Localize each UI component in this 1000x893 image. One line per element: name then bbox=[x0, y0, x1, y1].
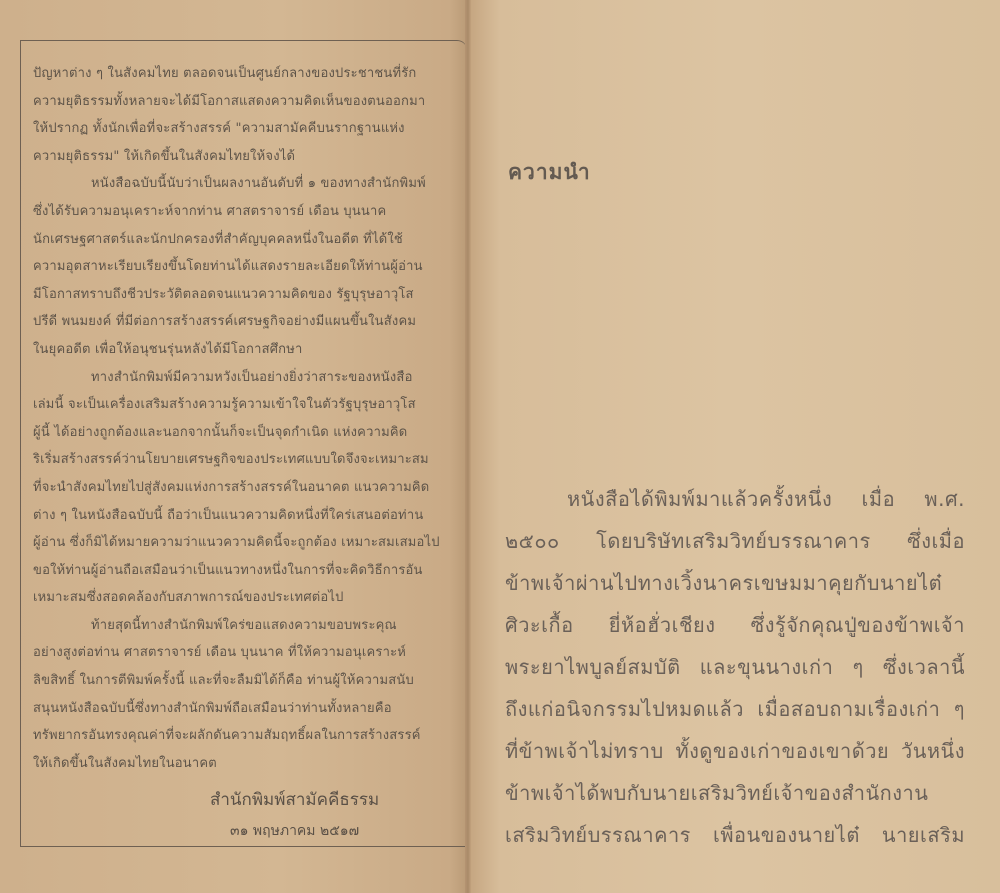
signature-date: ๓๑ พฤษภาคม ๒๕๑๗ bbox=[230, 820, 359, 842]
text-line: ศิวะเกื้อ ยี่ห้อฮั่วเชียง ซึ่งรู้จักคุณป… bbox=[505, 604, 965, 646]
paragraph-start-line: หนังสือได้พิมพ์มาแล้วครั้งหนึ่ง เมื่อ พ.… bbox=[505, 478, 965, 520]
text-line: ขอให้ท่านผู้อ่านถือเสมือนว่าเป็นแนวทางหน… bbox=[33, 557, 458, 585]
chapter-title: ความนำ bbox=[508, 156, 591, 189]
text-line: มีโอกาสทราบถึงชีวประวัติตลอดจนแนวความคิด… bbox=[33, 281, 458, 309]
text-line: ผู้นี้ ได้อย่างถูกต้องและนอกจากนั้นก็จะเ… bbox=[33, 419, 458, 447]
text-line: พระยาไพบูลย์สมบัติ และขุนนางเก่า ๆ ซึ่งเ… bbox=[505, 646, 965, 688]
publisher-signature: สำนักพิมพ์สามัคคีธรรม bbox=[210, 786, 379, 813]
text-line: ปัญหาต่าง ๆ ในสังคมไทย ตลอดจนเป็นศูนย์กล… bbox=[33, 60, 458, 88]
text-line: ให้เกิดขึ้นในสังคมไทยในอนาคต bbox=[33, 750, 458, 778]
open-book-spread: ปัญหาต่าง ๆ ในสังคมไทย ตลอดจนเป็นศูนย์กล… bbox=[0, 0, 1000, 893]
text-line: ลิขสิทธิ์ ในการตีพิมพ์ครั้งนี้ และที่จะล… bbox=[33, 667, 458, 695]
text-line: ที่จะนำสังคมไทยไปสู่สังคมแห่งการสร้างสรร… bbox=[33, 474, 458, 502]
text-line: ผู้อ่าน ซึ่งก็มิได้หมายความว่าแนวความคิด… bbox=[33, 529, 458, 557]
text-line: ซึ่งได้รับความอนุเคราะห์จากท่าน ศาสตราจา… bbox=[33, 198, 458, 226]
text-line: ริเริ่มสร้างสรรค์ว่านโยบายเศรษฐกิจของประ… bbox=[33, 446, 458, 474]
text-line: ที่ข้าพเจ้าไม่ทราบ ทั้งดูของเก่าของเขาด้… bbox=[505, 730, 965, 772]
text-line: ให้ปรากฏ ทั้งนักเพื่อที่จะสร้างสรรค์ "คว… bbox=[33, 115, 458, 143]
paragraph-start-line: หนังสือฉบับนี้นับว่าเป็นผลงานอันดับที่ ๑… bbox=[33, 170, 458, 198]
preface-body: ปัญหาต่าง ๆ ในสังคมไทย ตลอดจนเป็นศูนย์กล… bbox=[33, 60, 458, 777]
text-line: ข้าพเจ้าผ่านไปทางเวิ้งนาครเขษมมาคุยกับนา… bbox=[505, 562, 965, 604]
paragraph-start-line: ท้ายสุดนี้ทางสำนักพิมพ์ใคร่ขอแสดงความขอบ… bbox=[33, 612, 458, 640]
introduction-body: หนังสือได้พิมพ์มาแล้วครั้งหนึ่ง เมื่อ พ.… bbox=[505, 478, 965, 856]
text-line: นักเศรษฐศาสตร์และนักปกครองที่สำคัญบุคคลห… bbox=[33, 226, 458, 254]
text-line: อย่างสูงต่อท่าน ศาสตราจารย์ เดือน บุนนาค… bbox=[33, 639, 458, 667]
text-line: ทรัพยากรอันทรงคุณค่าที่จะผลักดันความสัมฤ… bbox=[33, 722, 458, 750]
text-line: เหมาะสมซึ่งสอดคล้องกับสภาพการณ์ของประเทศ… bbox=[33, 584, 458, 612]
text-line: ถึงแก่อนิจกรรมไปหมดแล้ว เมื่อสอบถามเรื่อ… bbox=[505, 688, 965, 730]
text-line: ความยุติธรรม" ให้เกิดขึ้นในสังคมไทยให้จง… bbox=[33, 143, 458, 171]
book-spine bbox=[465, 0, 471, 893]
text-line: ในยุคอดีต เพื่อให้อนุชนรุ่นหลังได้มีโอกา… bbox=[33, 336, 458, 364]
text-line: ข้าพเจ้าได้พบกับนายเสริมวิทย์เจ้าของสำนั… bbox=[505, 772, 965, 814]
text-line: ความยุติธรรมทั้งหลายจะได้มีโอกาสแสดงความ… bbox=[33, 88, 458, 116]
paragraph-start-line: ทางสำนักพิมพ์มีความหวังเป็นอย่างยิ่งว่าส… bbox=[33, 364, 458, 392]
text-line: ปรีดี พนมยงค์ ที่มีต่อการสร้างสรรค์เศรษฐ… bbox=[33, 308, 458, 336]
text-line: สนุนหนังสือฉบับนี้ซึ่งทางสำนักพิมพ์ถือเส… bbox=[33, 695, 458, 723]
text-line: ต่าง ๆ ในหนังสือฉบับนี้ ถือว่าเป็นแนวควา… bbox=[33, 502, 458, 530]
left-page: ปัญหาต่าง ๆ ในสังคมไทย ตลอดจนเป็นศูนย์กล… bbox=[0, 0, 468, 893]
text-line: เสริมวิทย์บรรณาคาร เพื่อนของนายไต๋ นายเส… bbox=[505, 814, 965, 856]
text-line: เล่มนี้ จะเป็นเครื่องเสริมสร้างความรู้คว… bbox=[33, 391, 458, 419]
text-line: ความอุตสาหะเรียบเรียงขึ้นโดยท่านได้แสดงร… bbox=[33, 253, 458, 281]
text-line: ๒๕๐๐ โดยบริษัทเสริมวิทย์บรรณาคาร ซึ่งเมื… bbox=[505, 520, 965, 562]
